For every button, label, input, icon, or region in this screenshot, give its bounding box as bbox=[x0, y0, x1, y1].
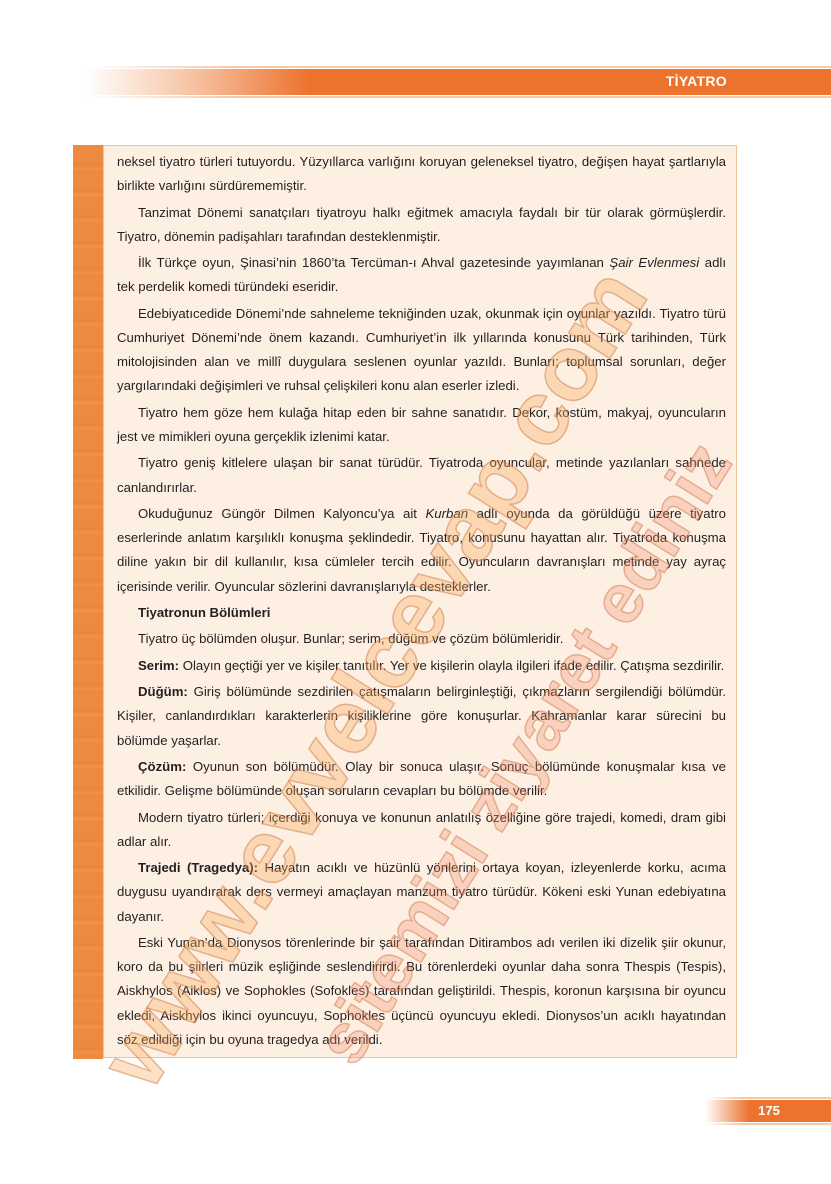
bold-term: Tiyatronun Bölümleri bbox=[138, 605, 270, 620]
body-text: neksel tiyatro türleri tutuyordu. Yüzyıl… bbox=[117, 150, 726, 1054]
italic-title: Şair Evlenmesi bbox=[609, 255, 699, 270]
text-run: Oyunun son bölümüdür. Olay bir sonuca ul… bbox=[117, 759, 726, 798]
page-number: 175 bbox=[755, 1103, 783, 1118]
paragraph: Trajedi (Tragedya): Hayatın acıklı ve hü… bbox=[117, 856, 726, 929]
footer-line-top bbox=[705, 1097, 831, 1099]
left-decorative-stripe bbox=[73, 145, 103, 1059]
italic-title: Kurban bbox=[426, 506, 469, 521]
header-line-bottom bbox=[85, 96, 831, 98]
text-run: Tiyatro üç bölümden oluşur. Bunlar; seri… bbox=[138, 631, 563, 646]
text-run: Giriş bölümünde sezdirilen çatışmaların … bbox=[117, 684, 726, 747]
paragraph: Tiyatro geniş kitlelere ulaşan bir sanat… bbox=[117, 451, 726, 499]
text-run: Tanzimat Dönemi sanatçıları tiyatroyu ha… bbox=[117, 205, 726, 244]
footer-line-bottom bbox=[705, 1123, 831, 1125]
bold-term: Çözüm: bbox=[138, 759, 186, 774]
text-run: Modern tiyatro türleri; içerdiği konuya … bbox=[117, 810, 726, 849]
paragraph: Okuduğunuz Güngör Dilmen Kalyoncu’ya ait… bbox=[117, 502, 726, 599]
section-title: TİYATRO bbox=[666, 73, 727, 89]
bold-term: Düğüm: bbox=[138, 684, 188, 699]
text-run: Eski Yunan’da Dionysos törenlerinde bir … bbox=[117, 935, 726, 1047]
paragraph: Tiyatro hem göze hem kulağa hitap eden b… bbox=[117, 401, 726, 449]
text-run: İlk Türkçe oyun, Şinasi’nin 1860’ta Terc… bbox=[138, 255, 609, 270]
text-run: Tiyatro geniş kitlelere ulaşan bir sanat… bbox=[117, 455, 726, 494]
paragraph: Modern tiyatro türleri; içerdiği konuya … bbox=[117, 806, 726, 854]
bold-term: Trajedi (Tragedya): bbox=[138, 860, 258, 875]
paragraph: Tanzimat Dönemi sanatçıları tiyatroyu ha… bbox=[117, 201, 726, 249]
paragraph: Tiyatro üç bölümden oluşur. Bunlar; seri… bbox=[117, 627, 726, 651]
text-run: Okuduğunuz Güngör Dilmen Kalyoncu’ya ait bbox=[138, 506, 426, 521]
paragraph: Düğüm: Giriş bölümünde sezdirilen çatışm… bbox=[117, 680, 726, 753]
paragraph: Tiyatronun Bölümleri bbox=[117, 601, 726, 625]
paragraph: neksel tiyatro türleri tutuyordu. Yüzyıl… bbox=[117, 150, 726, 198]
paragraph: Serim: Olayın geçtiği yer ve kişiler tan… bbox=[117, 654, 726, 678]
text-run: Tiyatro hem göze hem kulağa hitap eden b… bbox=[117, 405, 726, 444]
header-line-top bbox=[85, 66, 831, 68]
bold-term: Serim: bbox=[138, 658, 179, 673]
text-run: Edebiyatıcedide Dönemi’nde sahneleme tek… bbox=[117, 306, 726, 394]
paragraph: Eski Yunan’da Dionysos törenlerinde bir … bbox=[117, 931, 726, 1052]
paragraph: İlk Türkçe oyun, Şinasi’nin 1860’ta Terc… bbox=[117, 251, 726, 299]
paragraph: Çözüm: Oyunun son bölümüdür. Olay bir so… bbox=[117, 755, 726, 803]
text-run: neksel tiyatro türleri tutuyordu. Yüzyıl… bbox=[117, 154, 726, 193]
paragraph: Edebiyatıcedide Dönemi’nde sahneleme tek… bbox=[117, 302, 726, 399]
text-run: Olayın geçtiği yer ve kişiler tanıtılır.… bbox=[179, 658, 724, 673]
